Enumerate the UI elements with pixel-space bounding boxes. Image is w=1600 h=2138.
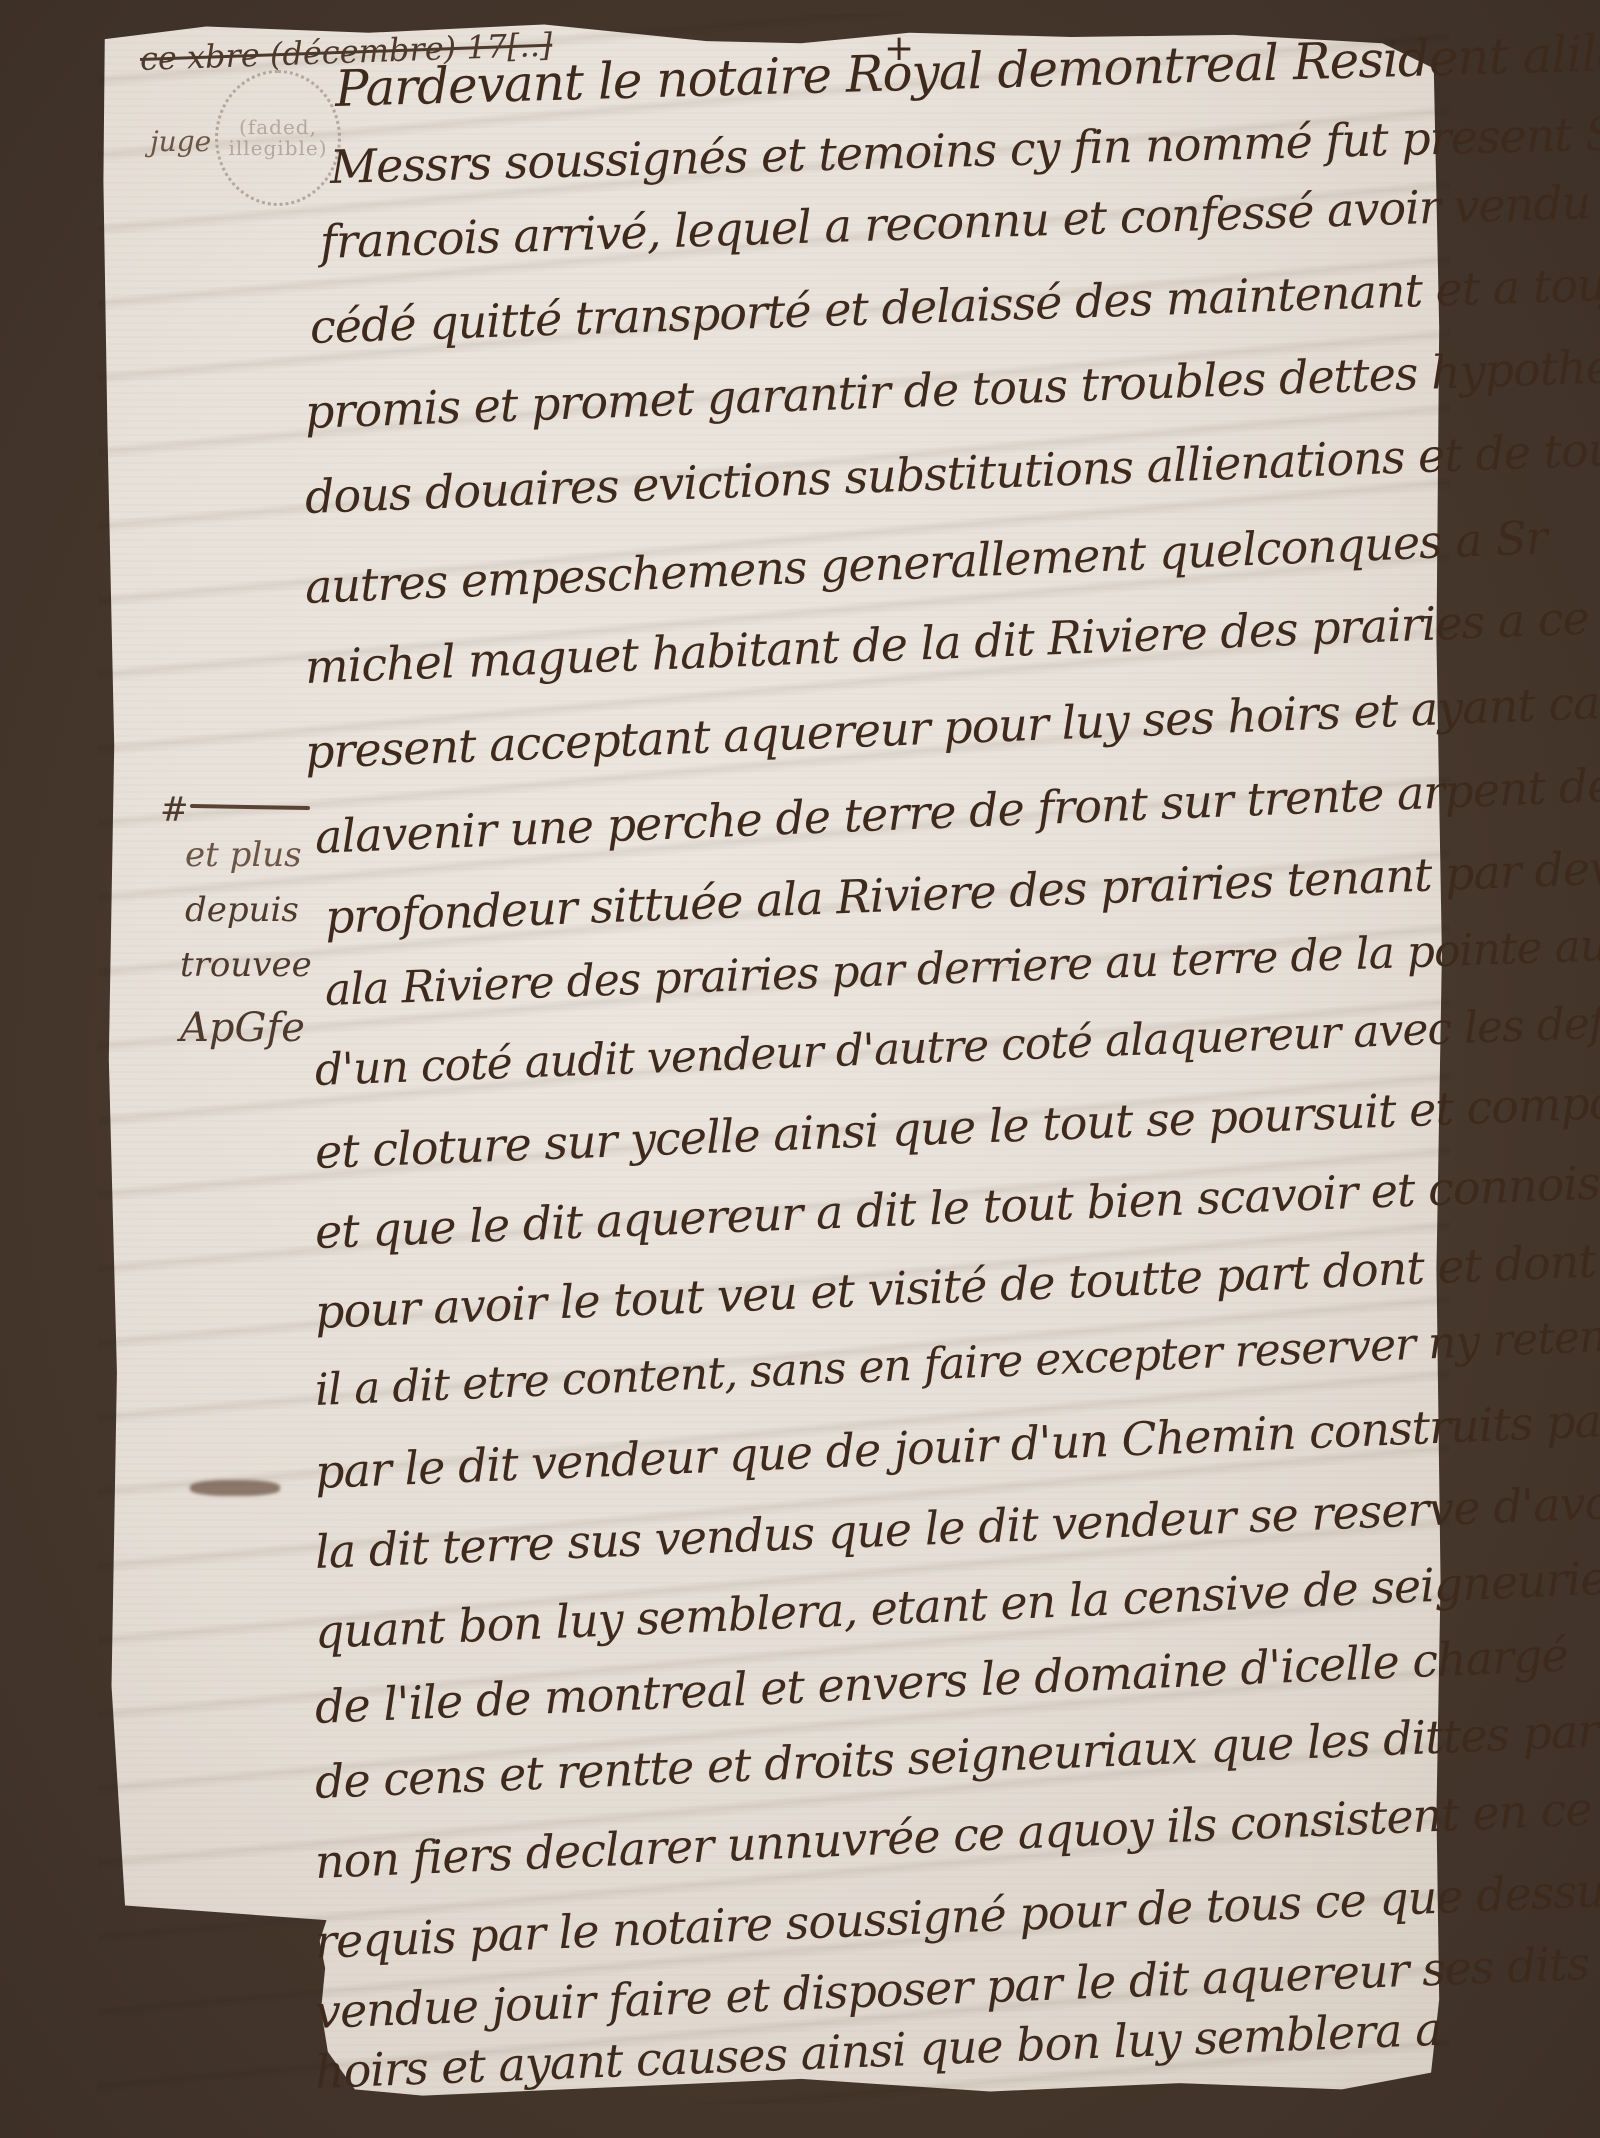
margin-note-marker: # <box>160 790 189 830</box>
margin-note: ApGfe <box>180 1005 305 1051</box>
margin-note: depuis <box>185 890 299 930</box>
stamp-text: (faded, illegible) <box>218 117 338 159</box>
side-note-top: juge <box>150 125 211 158</box>
margin-note: trouvee <box>180 945 312 985</box>
ink-blot <box>190 1480 280 1496</box>
margin-note: et plus <box>185 835 302 875</box>
official-stamp: (faded, illegible) <box>215 70 341 206</box>
